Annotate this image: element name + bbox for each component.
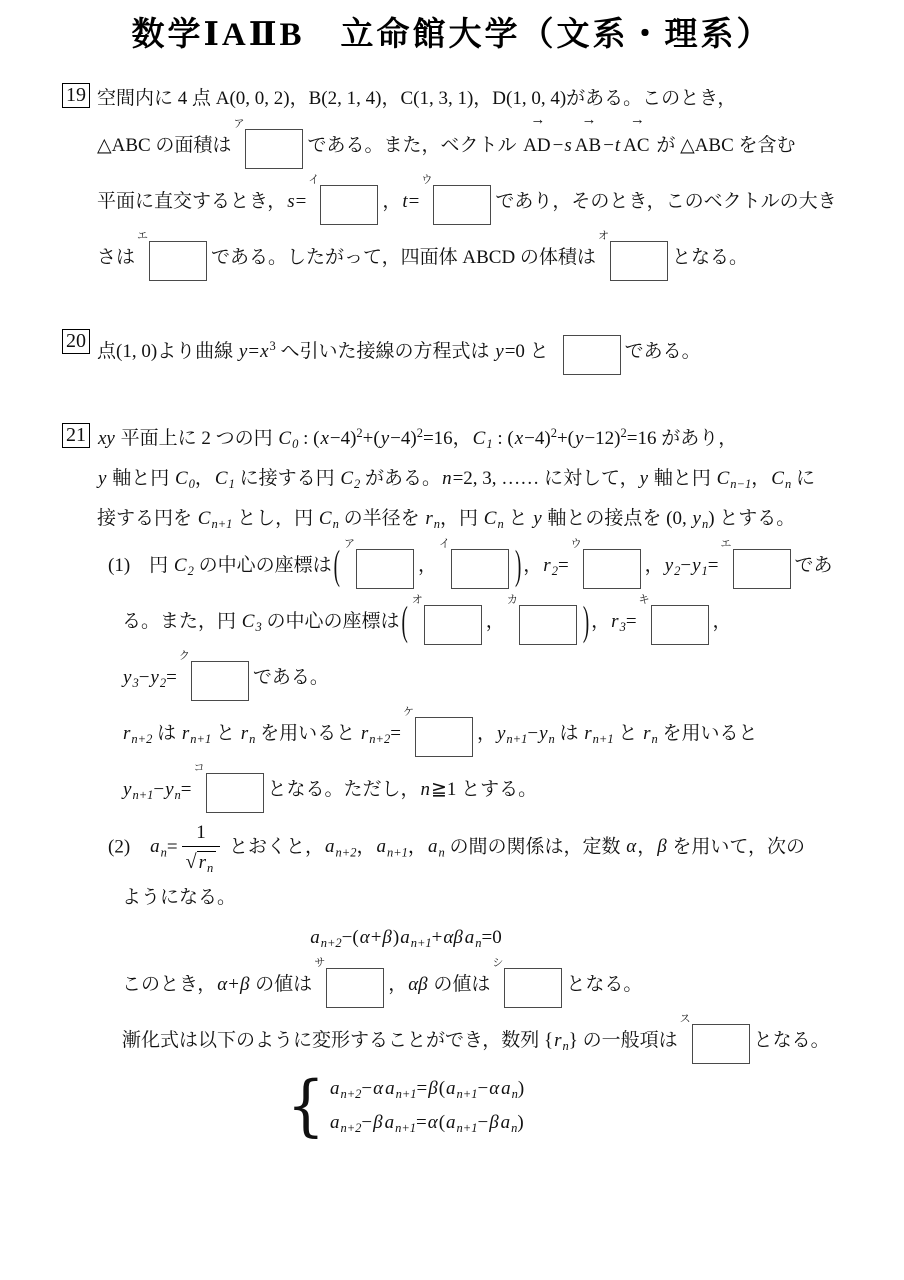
text-run: −: [477, 1078, 488, 1099]
text-run: が △ABC を含む: [652, 135, 796, 156]
text-run: は: [555, 723, 584, 744]
math-variable: C: [318, 508, 333, 529]
text-run: の値は: [429, 974, 491, 995]
text-run: △ABC の面積は: [97, 135, 231, 156]
answer-box-label: イ: [439, 539, 450, 550]
text-run: =: [167, 836, 178, 857]
text-run: −: [361, 1078, 372, 1099]
math-variable: r: [240, 723, 249, 744]
text-run: −: [527, 723, 538, 744]
big-paren: ): [583, 585, 589, 660]
text-run: は: [152, 723, 181, 744]
math-variable: r: [553, 1030, 562, 1051]
text-run: である。また，ベクトル: [307, 135, 521, 156]
brace-icon: {: [287, 1073, 325, 1139]
problem: 19空間内に 4 点 A(0, 0, 2)，B(2, 1, 4)，C(1, 3,…: [0, 81, 904, 289]
text-run: −: [361, 1112, 372, 1133]
text-run: となる。: [566, 974, 642, 995]
math-variable: a: [384, 1078, 396, 1099]
text-run: 接する円を: [97, 508, 197, 529]
text-line: る。また，円 C3 の中心の座標は(オ，カ)，r3=キ，: [122, 597, 884, 648]
math-subscript: n+1: [593, 732, 614, 746]
math-variable: y: [380, 428, 390, 449]
math-subscript: n+1: [395, 1121, 416, 1135]
text-run: ，: [486, 611, 505, 632]
answer-box-label: オ: [598, 231, 609, 242]
vector-name: AB: [575, 135, 601, 156]
text-run: に接する円: [235, 468, 340, 489]
math-subscript: n+1: [411, 936, 432, 950]
text-run: となる。: [672, 247, 748, 268]
text-run: ，: [523, 555, 542, 576]
math-variable: a: [500, 1112, 512, 1133]
text-run: ようになる。: [122, 887, 236, 908]
text-run: −4): [330, 428, 357, 449]
text-line: 接する円を Cn+1 とし，円 Cn の半径を rn，円 Cn と y 軸との接…: [97, 501, 884, 536]
text-run: ，円: [440, 508, 483, 529]
text-run: の半径を: [339, 508, 425, 529]
text-run: の値は: [250, 974, 312, 995]
text-run: 軸と円: [107, 468, 174, 489]
text-run: +(: [557, 428, 574, 449]
math-subscript: n+1: [190, 732, 211, 746]
math-variable: C: [197, 508, 212, 529]
math-variable: a: [500, 1078, 512, 1099]
vector-arrow-icon: →: [523, 114, 552, 126]
math-variable: a: [329, 1078, 341, 1099]
vector-name: AD: [523, 135, 550, 156]
math-subscript: n+1: [396, 1087, 417, 1101]
text-run: ): [517, 1112, 523, 1133]
text-run: 漸化式は以下のように変形することができ，数列 {: [122, 1030, 553, 1051]
math-variable: a: [427, 836, 439, 857]
math-variable: C: [770, 468, 785, 489]
problem-number: 19: [62, 83, 90, 108]
text-run: ，: [388, 974, 407, 995]
text-run: −(: [342, 927, 359, 948]
math-subscript: n+2: [340, 1121, 361, 1135]
math-subscript: n+1: [457, 1121, 478, 1135]
text-line: さはエである。したがって，四面体 ABCD の体積はオとなる。: [97, 233, 884, 284]
text-run: と: [504, 508, 533, 529]
text-run: である。したがって，四面体 ABCD の体積は: [211, 247, 596, 268]
math-variable: a: [329, 1112, 341, 1133]
math-variable: t: [401, 191, 408, 212]
answer-box-label: コ: [194, 763, 205, 774]
answer-box: キ: [651, 605, 709, 645]
math-variable: r: [424, 508, 433, 529]
text-run: =: [626, 611, 637, 632]
math-variable: r: [610, 611, 619, 632]
answer-box: ア: [356, 549, 414, 589]
problem-number: 21: [62, 423, 90, 448]
text-run: と: [614, 723, 643, 744]
math-variable: C: [472, 428, 487, 449]
math-subscript: n+2: [340, 1087, 361, 1101]
math-variable: t: [614, 135, 621, 156]
problem-number: 20: [62, 329, 90, 354]
answer-box-label: エ: [721, 539, 732, 550]
text-run: ，: [418, 555, 437, 576]
vector-name: AC: [623, 135, 649, 156]
math-variable: y: [122, 779, 132, 800]
text-run: −: [553, 135, 564, 156]
answer-box-label: ウ: [571, 539, 582, 550]
text-run: を用いると: [255, 723, 360, 744]
answer-box: エ: [733, 549, 791, 589]
text-run: −: [153, 779, 164, 800]
text-line: △ABC の面積はアである。また，ベクトル →AD−s→AB−t→AC が △A…: [97, 121, 884, 172]
math-variable: α: [625, 836, 637, 857]
text-run: −: [477, 1112, 488, 1133]
math-subscript: n+2: [131, 732, 152, 746]
math-variable: r: [122, 723, 131, 744]
math-variable: a: [149, 836, 161, 857]
text-run: ，: [713, 611, 732, 632]
math-variable: x: [319, 428, 329, 449]
math-variable: y: [692, 508, 702, 529]
text-run: +(: [363, 428, 380, 449]
math-variable: y: [122, 667, 132, 688]
answer-box: オ: [424, 605, 482, 645]
math-variable: s: [563, 135, 572, 156]
text-run: ，: [477, 723, 496, 744]
math-variable: y: [149, 667, 159, 688]
text-run: となる。: [754, 1030, 830, 1051]
math-variable: a: [309, 927, 321, 948]
math-subscript: n+1: [457, 1087, 478, 1101]
math-variable: y: [97, 468, 107, 489]
radicand: rn: [197, 851, 217, 874]
math-variable: αβ: [407, 974, 428, 995]
text-line: {an+2−αan+1=β(an+1−αan)an+2−βan+1=α(an+1…: [97, 1072, 714, 1140]
answer-box: シ: [504, 968, 562, 1008]
math-variable: y: [496, 723, 506, 744]
text-line: 点(1, 0)より曲線 y=x3 へ引いた接線の方程式は y=0 とである。: [97, 327, 884, 378]
answer-box-label: ス: [680, 1014, 691, 1025]
math-variable: a: [464, 927, 476, 948]
math-variable: α: [216, 974, 228, 995]
text-run: −: [680, 555, 691, 576]
text-run: −4): [524, 428, 551, 449]
math-subscript: n+1: [506, 732, 527, 746]
answer-box: イ: [320, 185, 378, 225]
text-run: ≧1 とする。: [431, 779, 537, 800]
answer-box: [563, 335, 621, 375]
text-run: =: [708, 555, 719, 576]
math-variable: C: [339, 468, 354, 489]
text-run: を用いると: [658, 723, 758, 744]
math-variable: x: [259, 341, 269, 362]
math-variable: a: [324, 836, 336, 857]
math-variable: y: [164, 779, 174, 800]
system-equation: an+2−βan+1=α(an+1−βan): [329, 1106, 524, 1140]
text-run: とし，円: [232, 508, 318, 529]
text-run: −: [139, 667, 150, 688]
text-run: ，: [591, 611, 610, 632]
math-variable: y: [639, 468, 649, 489]
fraction-denominator: √rn: [182, 847, 221, 875]
answer-box-label: キ: [639, 595, 650, 606]
big-paren: (: [334, 529, 340, 604]
text-run: −12): [584, 428, 620, 449]
text-run: 空間内に 4 点 A(0, 0, 2)，B(2, 1, 4)，C(1, 3, 1…: [97, 88, 736, 109]
text-line: (1) 円 C2 の中心の座標は(ア，イ)，r2=ウ，y2−y1=エであ: [108, 541, 884, 592]
answer-box-label: ク: [179, 651, 190, 662]
answer-box-label: ア: [344, 539, 355, 550]
math-variable: β: [427, 1078, 438, 1099]
text-line: rn+2 は rn+1 と rn を用いると rn+2=ケ，yn+1−yn は …: [122, 709, 884, 760]
math-variable: r: [198, 852, 207, 873]
math-variable: C: [174, 468, 189, 489]
math-variable: C: [214, 468, 229, 489]
answer-box: ク: [191, 661, 249, 701]
equation-system: {an+2−αan+1=β(an+1−αan)an+2−βan+1=α(an+1…: [287, 1072, 525, 1140]
text-run: (1) 円: [108, 555, 173, 576]
text-line: このとき，α+β の値はサ，αβ の値はシとなる。: [122, 960, 884, 1011]
big-paren: (: [401, 585, 407, 660]
text-run: : (: [298, 428, 319, 449]
text-run: =: [248, 341, 259, 362]
text-line: 空間内に 4 点 A(0, 0, 2)，B(2, 1, 4)，C(1, 3, 1…: [97, 81, 884, 116]
text-run: 軸と円: [649, 468, 716, 489]
math-variable: α: [372, 1078, 384, 1099]
text-run: ，: [645, 555, 664, 576]
text-run: =: [417, 1078, 428, 1099]
math-variable: a: [384, 1112, 396, 1133]
math-variable: a: [375, 836, 387, 857]
text-run: =16，: [423, 428, 472, 449]
text-run: 平面に直交するとき，: [97, 191, 286, 212]
system-equation: an+2−αan+1=β(an+1−αan): [329, 1072, 524, 1106]
text-run: ，: [637, 836, 656, 857]
text-run: +: [371, 927, 382, 948]
answer-box: ウ: [583, 549, 641, 589]
text-run: であり，そのとき，このベクトルの大き: [495, 191, 836, 212]
text-run: さは: [97, 247, 135, 268]
math-variable: r: [583, 723, 592, 744]
answer-box-label: イ: [308, 175, 319, 186]
math-variable: α: [359, 927, 371, 948]
math-variable: y: [238, 341, 248, 362]
text-run: とおくと，: [224, 836, 324, 857]
fraction-numerator: 1: [182, 821, 221, 847]
math-variable: a: [445, 1078, 457, 1099]
text-line: yn+1−yn=コとなる。ただし，n≧1 とする。: [122, 765, 884, 816]
answer-box: イ: [451, 549, 509, 589]
math-variable: αβ: [442, 927, 463, 948]
text-run: ): [518, 1078, 524, 1099]
text-run: ) とする。: [708, 508, 795, 529]
problem: 21xy 平面上に 2 つの円 C0 : (x−4)2+(y−4)2=16，C1…: [0, 421, 904, 1145]
text-run: =: [390, 723, 401, 744]
text-run: =0: [482, 927, 502, 948]
math-variable: r: [360, 723, 369, 744]
math-subscript: n+1: [211, 517, 232, 531]
answer-box: カ: [519, 605, 577, 645]
text-line: y3−y2=クである。: [122, 653, 884, 704]
text-run: : (: [493, 428, 514, 449]
text-run: =16 があり，: [627, 428, 737, 449]
answer-box: エ: [149, 241, 207, 281]
text-run: (2): [108, 836, 149, 857]
text-run: 軸との接点を (0,: [543, 508, 692, 529]
math-variable: a: [399, 927, 411, 948]
math-variable: y: [664, 555, 674, 576]
text-run: ，: [382, 191, 401, 212]
text-run: ，: [751, 468, 770, 489]
text-line: 平面に直交するとき，s=イ，t=ウであり，そのとき，このベクトルの大き: [97, 177, 884, 228]
text-run: である。: [253, 667, 329, 688]
text-run: } の一般項は: [569, 1030, 678, 1051]
text-line: (2) an=1√rn とおくと，an+2，an+1，an の間の関係は，定数 …: [108, 821, 884, 875]
problem-body: 点(1, 0)より曲線 y=x3 へ引いた接線の方程式は y=0 とである。: [97, 327, 884, 383]
math-variable: n: [441, 468, 453, 489]
answer-box: コ: [206, 773, 264, 813]
text-run: +: [432, 927, 443, 948]
fraction: 1√rn: [182, 821, 221, 875]
problem-body: xy 平面上に 2 つの円 C0 : (x−4)2+(y−4)2=16，C1 :…: [97, 421, 884, 1145]
math-variable: r: [642, 723, 651, 744]
problem: 20点(1, 0)より曲線 y=x3 へ引いた接線の方程式は y=0 とである。: [0, 327, 904, 383]
math-subscript: n+1: [387, 845, 408, 859]
problems-list: 19空間内に 4 点 A(0, 0, 2)，B(2, 1, 4)，C(1, 3,…: [0, 55, 904, 1145]
problem-body: 空間内に 4 点 A(0, 0, 2)，B(2, 1, 4)，C(1, 3, 1…: [97, 81, 884, 289]
vector-arrow-icon: →: [575, 114, 603, 126]
answer-box: サ: [326, 968, 384, 1008]
text-line: ようになる。: [122, 880, 884, 915]
math-variable: r: [181, 723, 190, 744]
math-variable: y: [494, 341, 504, 362]
text-line: y 軸と円 C0，C1 に接する円 C2 がある。n=2, 3, …… に対して…: [97, 461, 884, 496]
text-run: +: [228, 974, 239, 995]
text-run: 1: [196, 822, 206, 843]
text-run: −4): [390, 428, 417, 449]
answer-box: ア: [245, 129, 303, 169]
math-variable: C: [716, 468, 731, 489]
big-paren: ): [515, 529, 521, 604]
text-line: 漸化式は以下のように変形することができ，数列 {rn} の一般項はスとなる。: [122, 1016, 884, 1067]
answer-box-label: カ: [507, 595, 518, 606]
text-run: −: [603, 135, 614, 156]
text-run: であ: [795, 555, 833, 576]
text-run: と: [211, 723, 240, 744]
text-run: =0 と: [505, 341, 549, 362]
square-root: √rn: [186, 851, 217, 874]
text-line: xy 平面上に 2 つの円 C0 : (x−4)2+(y−4)2=16，C1 :…: [97, 421, 884, 456]
text-run: =: [558, 555, 569, 576]
math-variable: y: [574, 428, 584, 449]
text-run: となる。ただし，: [268, 779, 420, 800]
answer-box-label: シ: [492, 958, 503, 969]
exam-page: 数学ⅠAⅡB 立命館大学（文系・理系） 19空間内に 4 点 A(0, 0, 2…: [0, 0, 904, 1280]
math-variable: a: [445, 1112, 457, 1133]
math-variable: C: [241, 611, 256, 632]
text-run: へ引いた接線の方程式は: [276, 341, 495, 362]
radical-icon: √: [186, 851, 197, 873]
math-variable: y: [538, 723, 548, 744]
text-run: がある。: [360, 468, 441, 489]
vector: →AB: [575, 127, 601, 163]
answer-box-label: エ: [137, 231, 148, 242]
answer-box-label: サ: [314, 958, 325, 969]
math-variable: xy: [97, 428, 116, 449]
answer-box: ウ: [433, 185, 491, 225]
text-run: の中心の座標は: [262, 611, 400, 632]
math-variable: β: [488, 1112, 499, 1133]
answer-box-label: ア: [233, 119, 244, 130]
text-run: =: [409, 191, 420, 212]
math-subscript: n+2: [369, 732, 390, 746]
text-run: ，: [195, 468, 214, 489]
vector: →AC: [623, 127, 649, 163]
text-run: =: [166, 667, 177, 688]
math-variable: β: [239, 974, 250, 995]
text-run: =: [296, 191, 307, 212]
answer-box-label: ウ: [421, 175, 432, 186]
text-run: 点(1, 0)より曲線: [97, 341, 238, 362]
answer-box: オ: [610, 241, 668, 281]
answer-box: ス: [692, 1024, 750, 1064]
text-run: ，: [408, 836, 427, 857]
text-run: 平面上に 2 つの円: [116, 428, 278, 449]
text-line: an+2−(α+β)an+1+αβan=0: [97, 920, 714, 955]
math-variable: C: [277, 428, 292, 449]
answer-box: ケ: [415, 717, 473, 757]
math-variable: β: [372, 1112, 383, 1133]
math-subscript: n+1: [132, 788, 153, 802]
text-run: を用いて，次の: [668, 836, 805, 857]
math-variable: y: [532, 508, 542, 529]
math-variable: y: [691, 555, 701, 576]
math-variable: α: [427, 1112, 439, 1133]
math-subscript: n−1: [730, 477, 751, 491]
math-variable: C: [173, 555, 188, 576]
text-run: の中心の座標は: [194, 555, 332, 576]
math-variable: r: [542, 555, 551, 576]
math-variable: β: [381, 927, 392, 948]
text-run: =: [181, 779, 192, 800]
text-run: =2, 3, …… に対して，: [453, 468, 639, 489]
answer-box-label: オ: [412, 595, 423, 606]
math-variable: x: [514, 428, 524, 449]
text-run: の間の関係は，定数: [445, 836, 626, 857]
text-run: このとき，: [122, 974, 216, 995]
math-subscript: n+2: [321, 936, 342, 950]
text-run: である。: [625, 341, 701, 362]
math-variable: C: [483, 508, 498, 529]
math-variable: s: [286, 191, 295, 212]
math-variable: n: [420, 779, 432, 800]
text-run: に: [791, 468, 815, 489]
vector: →AD: [523, 127, 550, 163]
math-subscript: n+2: [336, 845, 357, 859]
page-title: 数学ⅠAⅡB 立命館大学（文系・理系）: [0, 0, 904, 55]
vector-arrow-icon: →: [623, 114, 651, 126]
math-subscript: n: [207, 861, 213, 875]
text-run: ，: [356, 836, 375, 857]
math-variable: α: [488, 1078, 500, 1099]
text-run: る。また，円: [122, 611, 241, 632]
math-variable: β: [656, 836, 667, 857]
answer-box-label: ケ: [403, 707, 414, 718]
text-run: =: [416, 1112, 427, 1133]
system-rows: an+2−αan+1=β(an+1−αan)an+2−βan+1=α(an+1−…: [329, 1072, 524, 1140]
